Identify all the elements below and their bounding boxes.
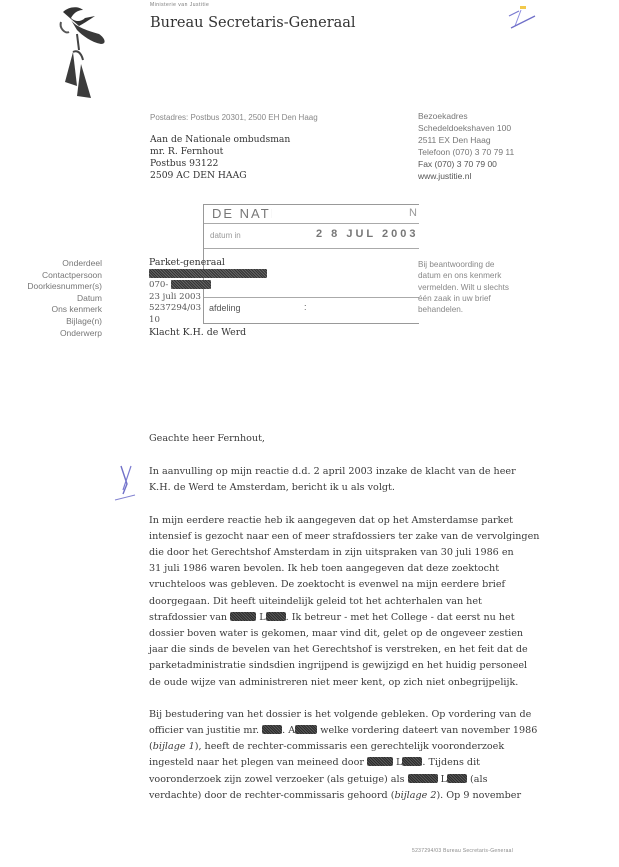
redaction-block xyxy=(295,725,317,734)
meta-label: Datum xyxy=(10,293,102,305)
redaction-block xyxy=(447,774,467,783)
contactpersoon-value xyxy=(149,269,267,281)
visit-line: 2511 EX Den Haag xyxy=(418,134,514,146)
letter-body: Geachte heer Fernhout, In aanvulling op … xyxy=(149,431,579,820)
bijlagen-value: 10 xyxy=(149,315,267,327)
visiting-address: Bezoekadres Schedeldoekshaven 100 2511 E… xyxy=(418,110,514,182)
note-line: vermelden. Wilt u slechts xyxy=(418,282,509,293)
justitia-emblem-icon xyxy=(55,4,110,99)
meta-label: Onderdeel xyxy=(10,258,102,270)
onderdeel-value: Parket-generaal xyxy=(149,257,267,269)
stamp-title: DE NATIONALE OMBUDSMAN xyxy=(212,206,272,221)
redaction-block xyxy=(230,612,256,621)
website-link[interactable]: www.justitie.nl xyxy=(418,170,514,182)
redaction-block xyxy=(262,725,282,734)
redaction-block xyxy=(402,757,422,766)
recipient-address: Aan de Nationale ombudsman mr. R. Fernho… xyxy=(150,134,290,182)
handwritten-z-mark-icon xyxy=(505,2,565,38)
meta-label: Doorkiesnummer(s) xyxy=(10,281,102,293)
page-footer: 5237294/03 Bureau Secretaris-Generaal xyxy=(412,848,513,854)
handwritten-check-mark-icon xyxy=(113,462,143,502)
paragraph-3: Bij bestudering van het dossier is het v… xyxy=(149,707,579,804)
bureau-title: Bureau Secretaris-Generaal xyxy=(150,15,356,31)
visit-line: Bezoekadres xyxy=(418,110,514,122)
stamp-department-sep: : xyxy=(304,302,307,312)
redaction-block xyxy=(171,280,211,289)
paragraph-1: In aanvulling op mijn reactie d.d. 2 apr… xyxy=(149,464,579,496)
meta-label: Bijlage(n) xyxy=(10,316,102,328)
stamp-title-right: N xyxy=(409,207,417,219)
doorkiesnummer-value: 070- xyxy=(149,280,267,292)
note-line: één zaak in uw brief xyxy=(418,293,509,304)
visit-line: Fax (070) 3 70 79 00 xyxy=(418,158,514,170)
redaction-block xyxy=(266,612,286,621)
visit-line: Telefoon (070) 3 70 79 11 xyxy=(418,146,514,158)
ministry-line: Ministerie van Justitie xyxy=(150,2,209,8)
meta-labels: Onderdeel Contactpersoon Doorkiesnummer(… xyxy=(10,258,102,339)
stamp-date-label: datum in xyxy=(210,231,241,240)
visit-line: Schedeldoekshaven 100 xyxy=(418,122,514,134)
meta-label: Ons kenmerk xyxy=(10,304,102,316)
recipient-line: mr. R. Fernhout xyxy=(150,146,290,158)
redaction-block xyxy=(149,269,267,278)
meta-label: Onderwerp xyxy=(10,328,102,340)
kenmerk-value: 5237294/03 xyxy=(149,303,267,315)
note-line: datum en ons kenmerk xyxy=(418,270,509,281)
stamp-date-value: 2 8 JUL 2003 xyxy=(316,228,418,240)
recipient-line: Aan de Nationale ombudsman xyxy=(150,134,290,146)
paragraph-2: In mijn eerdere reactie heb ik aangegeve… xyxy=(149,513,579,691)
meta-label: Contactpersoon xyxy=(10,270,102,282)
salutation: Geachte heer Fernhout, xyxy=(149,431,579,447)
note-line: behandelen. xyxy=(418,304,509,315)
recipient-line: Postbus 93122 xyxy=(150,158,290,170)
note-line: Bij beantwoording de xyxy=(418,259,509,270)
recipient-line: 2509 AC DEN HAAG xyxy=(150,170,290,182)
redaction-block xyxy=(408,774,438,783)
datum-value: 23 juli 2003 xyxy=(149,292,267,304)
redaction-block xyxy=(367,757,393,766)
meta-values: Parket-generaal 070- 23 juli 2003 523729… xyxy=(149,257,267,338)
postal-address: Postadres: Postbus 20301, 2500 EH Den Ha… xyxy=(150,113,318,122)
reply-note: Bij beantwoording de datum en ons kenmer… xyxy=(418,259,509,315)
onderwerp-value: Klacht K.H. de Werd xyxy=(149,327,267,339)
